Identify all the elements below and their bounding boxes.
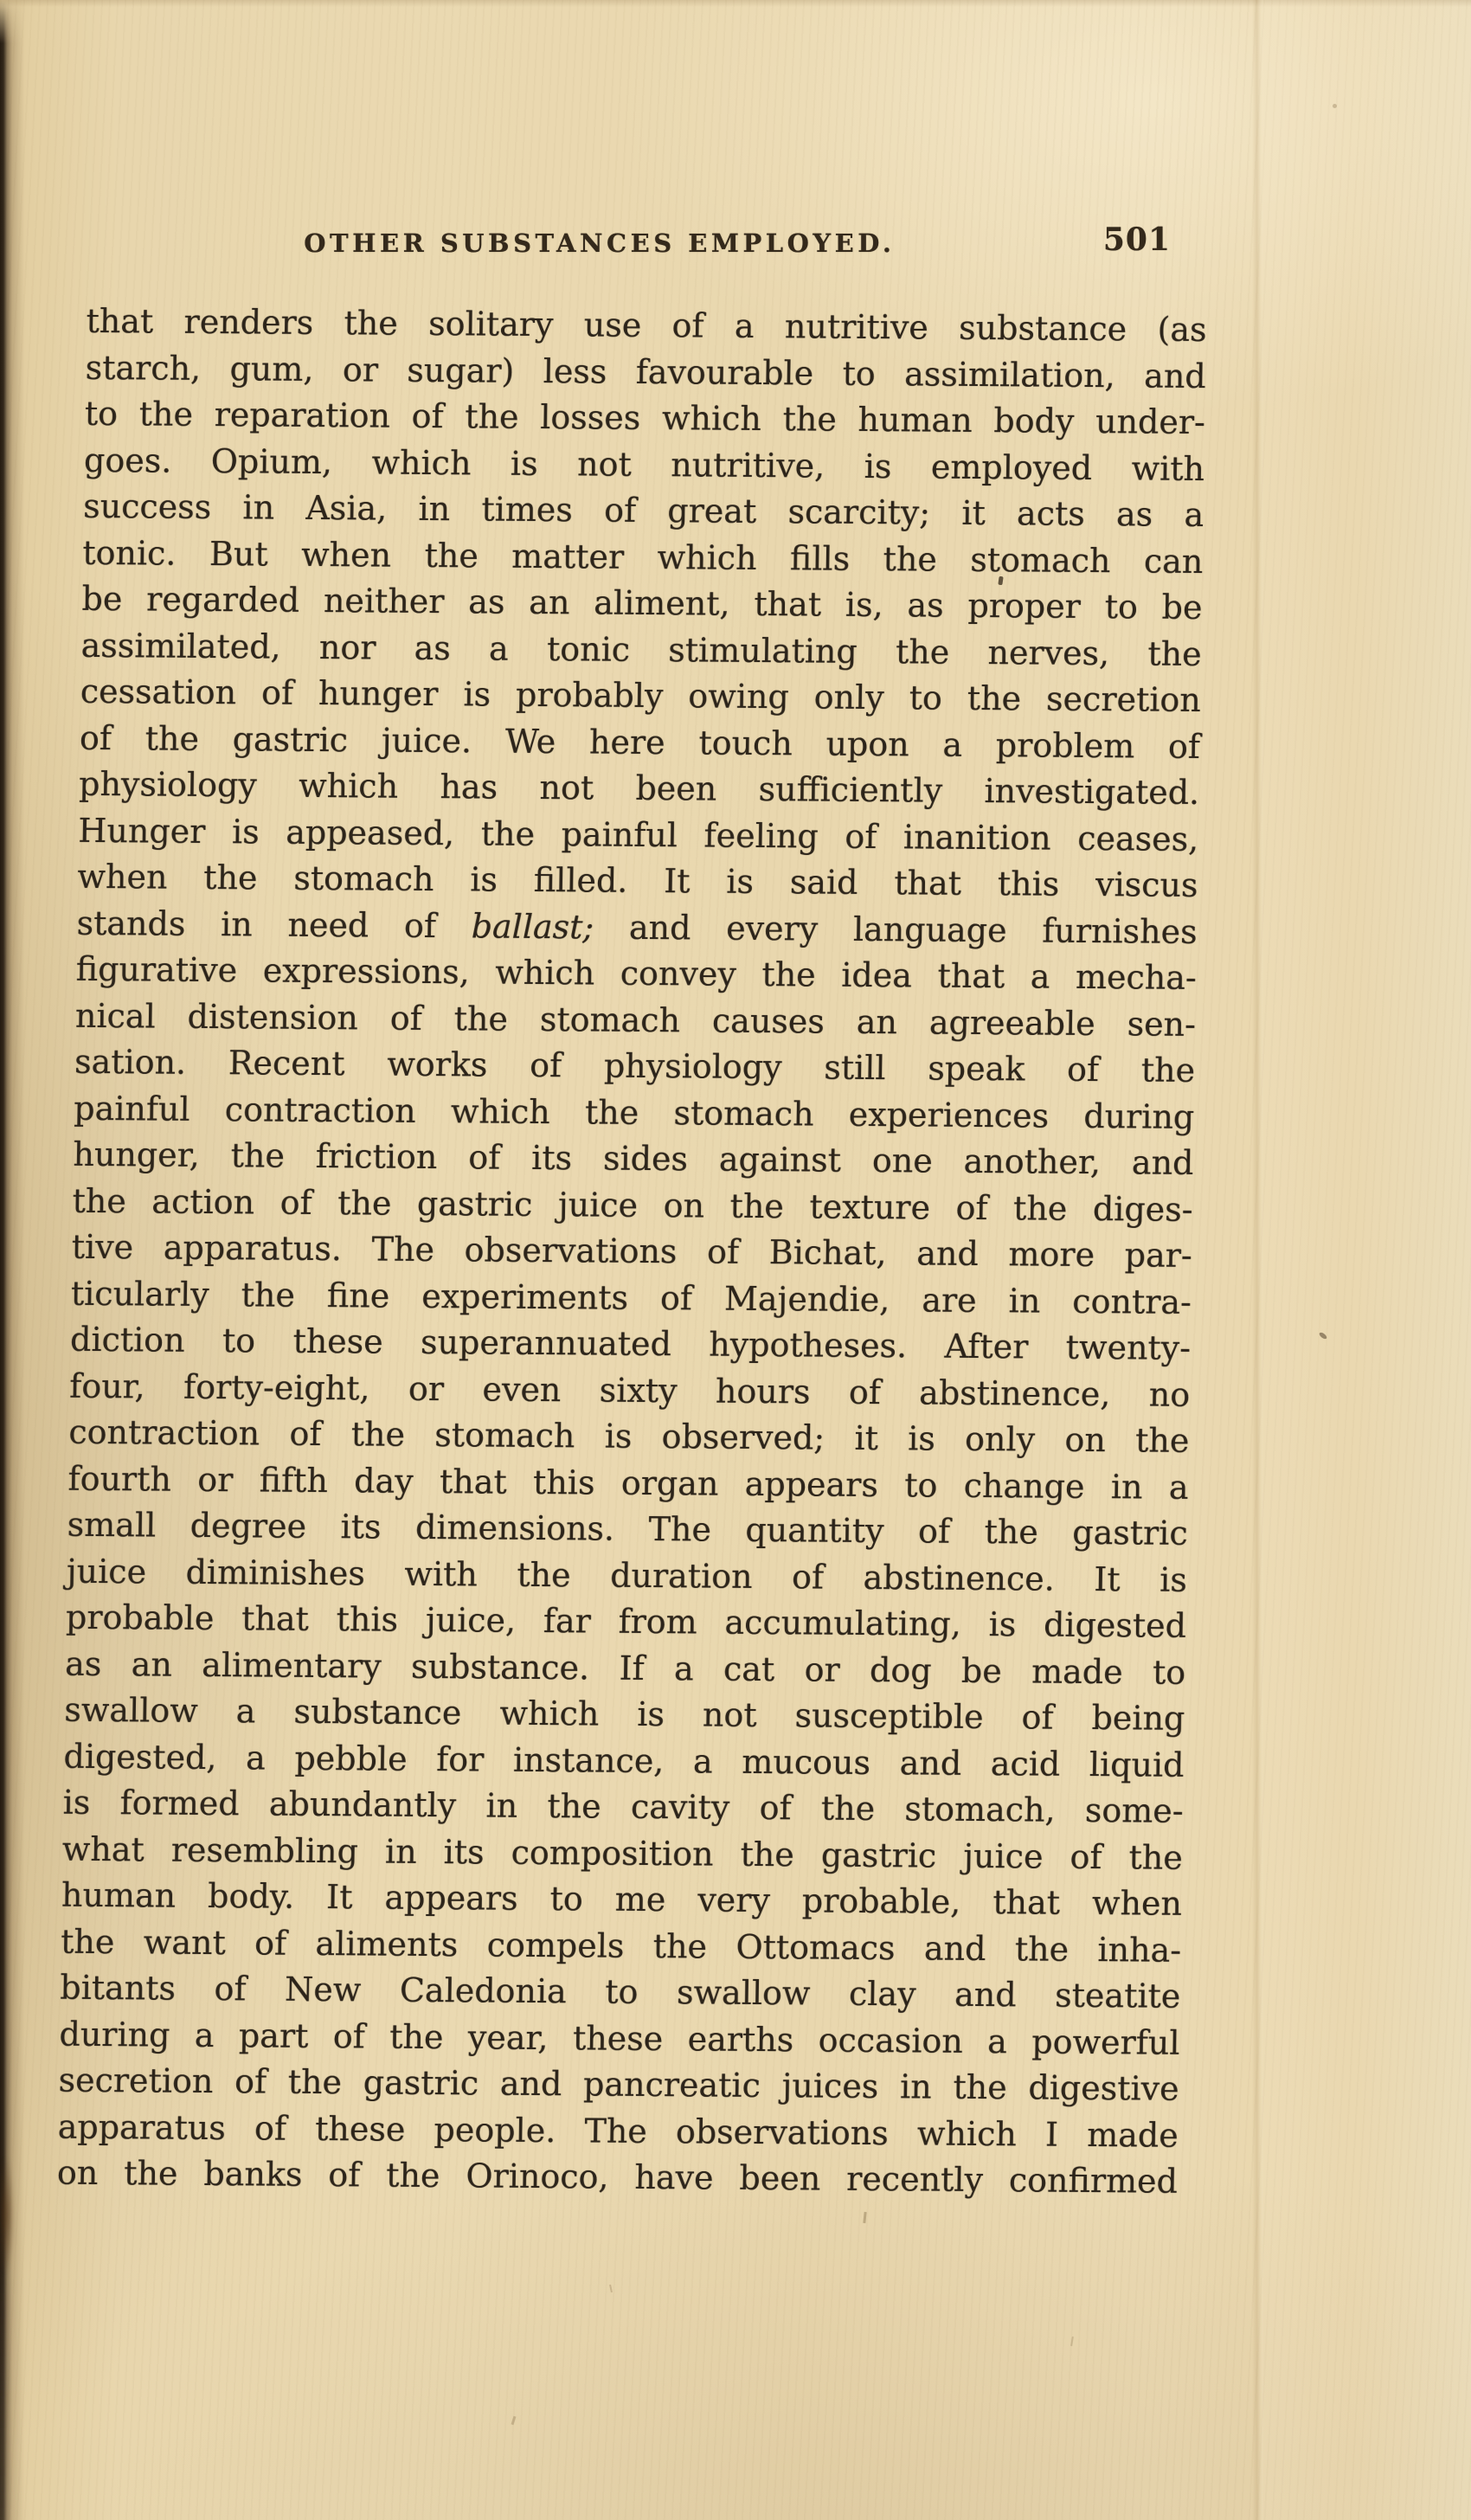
book-page: OTHER SUBSTANCES EMPLOYED. 501 that rend… bbox=[0, 0, 1471, 2520]
page-header-title: OTHER SUBSTANCES EMPLOYED. bbox=[304, 228, 895, 258]
text-line: to the reparation of the losses which th… bbox=[84, 391, 1205, 447]
text-line: secretion of the gastric and pancreatic … bbox=[58, 2058, 1179, 2113]
paper-fiber bbox=[1070, 2337, 1074, 2346]
text-line: human body. It appears to me very probab… bbox=[61, 1873, 1183, 1928]
page-edge-tone bbox=[1262, 0, 1471, 2520]
text-line: success in Asia, in times of great scarc… bbox=[83, 484, 1204, 539]
running-header: OTHER SUBSTANCES EMPLOYED. 501 bbox=[87, 222, 1207, 273]
text-segment: stands in need of bbox=[76, 903, 472, 945]
paper-speck bbox=[1333, 104, 1337, 108]
text-line: tive apparatus. The observations of Bich… bbox=[71, 1225, 1192, 1280]
text-line: bitants of New Caledonia to swallow clay… bbox=[60, 1965, 1181, 2021]
text-line: diction to these superannuated hypothese… bbox=[70, 1317, 1192, 1372]
text-line: small degree its dimensions. The quantit… bbox=[67, 1502, 1188, 1558]
text-line: when the stomach is filled. It is said t… bbox=[77, 854, 1198, 910]
italic-word: ballast; bbox=[471, 907, 594, 946]
text-line: hunger, the friction of its sides agains… bbox=[73, 1132, 1194, 1187]
paper-fiber bbox=[609, 2285, 613, 2292]
paper-fiber bbox=[863, 2212, 866, 2223]
text-line: that renders the solitary use of a nutri… bbox=[86, 299, 1207, 354]
text-line: swallow a substance which is not suscept… bbox=[64, 1687, 1185, 1743]
text-line: probable that this juice, far from accum… bbox=[66, 1595, 1187, 1650]
page-top-shadow bbox=[0, 0, 1471, 7]
binding-smudge bbox=[0, 2125, 19, 2306]
body-text: that renders the solitary use of a nutri… bbox=[57, 299, 1207, 2205]
text-line: physiology which has not been sufficient… bbox=[79, 762, 1200, 817]
text-line: is formed abundantly in the cavity of th… bbox=[62, 1780, 1184, 1835]
text-line: on the banks of the Orinoco, have been r… bbox=[57, 2150, 1179, 2206]
text-line: cessation of hunger is probably owing on… bbox=[80, 669, 1201, 724]
text-line: be regarded neither as an aliment, that … bbox=[81, 576, 1203, 632]
page-number: 501 bbox=[1103, 222, 1171, 258]
text-line: sation. Recent works of physiology still… bbox=[74, 1039, 1196, 1095]
text-line: figurative expressions, which convey the… bbox=[75, 947, 1197, 1002]
text-segment: and every language furnishes bbox=[594, 908, 1198, 950]
text-line: contraction of the stomach is observed; … bbox=[68, 1410, 1190, 1465]
paper-fiber bbox=[511, 2416, 517, 2425]
